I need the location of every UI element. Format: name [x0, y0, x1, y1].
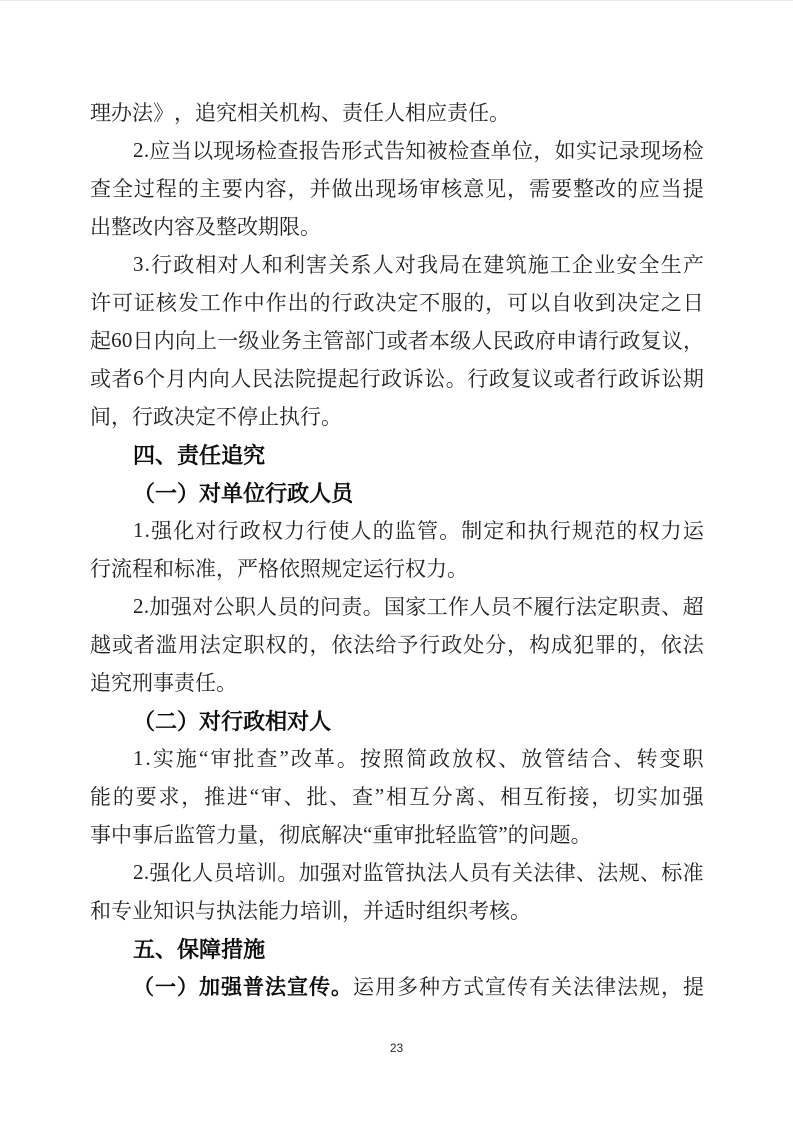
text-character: 作: [222, 287, 243, 317]
text-character: 单: [221, 477, 243, 508]
text-character: 个: [144, 363, 165, 393]
text-character: 程: [132, 553, 153, 583]
text-character: 予: [397, 629, 418, 659]
text-character: 律: [595, 971, 616, 1001]
text-character: 责: [174, 667, 195, 697]
text-character: 提: [683, 173, 704, 203]
text-character: 检: [256, 135, 277, 165]
text-character: 者: [134, 629, 155, 659]
text-character: 民: [492, 325, 513, 355]
text-character: 核: [489, 895, 510, 925]
text-character: 五: [133, 933, 155, 964]
text-character: ，: [683, 325, 704, 355]
body-text-line: 起60日内向上一级业务主管部门或者本级人民政府申请行政复议，: [90, 321, 704, 359]
text-character: 定: [483, 515, 504, 545]
text-character: 系: [350, 249, 371, 279]
text-character: 对: [199, 705, 221, 736]
text-character: 相: [405, 97, 426, 127]
text-character: 意: [463, 173, 484, 203]
text-character: 和: [90, 895, 111, 925]
body-text-line: 理办法》，追究相关机构、责任人相应责任。: [90, 93, 704, 131]
text-character: 业: [132, 895, 153, 925]
text-character: 员: [331, 477, 353, 508]
text-character: ”: [375, 784, 384, 809]
text-character: 人: [448, 857, 469, 887]
text-character: ，: [661, 971, 682, 1001]
text-character: 停: [237, 401, 258, 431]
text-character: （: [133, 477, 155, 508]
text-character: 式: [363, 135, 384, 165]
text-character: 化: [173, 515, 194, 545]
text-character: 行: [132, 401, 153, 431]
text-character: 如: [555, 135, 576, 165]
text-character: 追: [195, 97, 216, 127]
text-character: 容: [266, 173, 287, 203]
text-character: 者: [112, 363, 133, 393]
text-character: 使: [328, 515, 349, 545]
text-character: 诉: [403, 363, 424, 393]
text-character: 服: [441, 287, 462, 317]
text-character: 政: [618, 363, 639, 393]
text-character: 向: [175, 325, 196, 355]
text-character: 实: [153, 743, 174, 773]
text-character: 准: [683, 857, 704, 887]
text-character: 程: [156, 173, 177, 203]
text-character: 日: [683, 287, 704, 317]
text-character: 化: [171, 857, 192, 887]
text-character: 害: [306, 249, 327, 279]
text-character: 人: [192, 857, 213, 887]
text-character: 决: [375, 287, 396, 317]
text-character: 业: [260, 325, 281, 355]
text-character: ，: [111, 401, 132, 431]
text-character: 轻: [435, 819, 456, 849]
text-character: 离: [454, 781, 475, 811]
text-character: 。: [337, 743, 358, 773]
text-character: ”: [498, 822, 507, 847]
text-character: 权: [405, 553, 426, 583]
text-character: 报: [299, 135, 320, 165]
text-character: 人: [373, 249, 394, 279]
text-character: 办: [111, 97, 132, 127]
text-character: 式: [463, 971, 484, 1001]
text-character: 人: [256, 591, 277, 621]
text-character: 请: [577, 325, 598, 355]
text-character: ，: [591, 781, 612, 811]
text-character: 级: [238, 325, 259, 355]
text-character: 管: [477, 819, 498, 849]
text-character: 相: [195, 249, 216, 279]
text-character: 监: [456, 819, 477, 849]
text-character: 不: [216, 401, 237, 431]
text-character: 记: [597, 135, 618, 165]
text-character: 的: [310, 287, 331, 317]
text-character: 事: [90, 819, 111, 849]
text-character: ，: [485, 287, 506, 317]
text-character: 运: [353, 971, 374, 1001]
text-character: 可: [507, 287, 528, 317]
text-character: 0: [122, 328, 133, 353]
text-character: 究: [216, 97, 237, 127]
text-character: 流: [111, 553, 132, 583]
text-character: 限: [279, 211, 300, 241]
text-character: 。: [446, 363, 467, 393]
text-character: 法: [353, 629, 374, 659]
text-character: 种: [419, 971, 440, 1001]
heading-line: （二）对行政相对人: [90, 701, 704, 739]
text-character: 建: [483, 249, 504, 279]
text-character: 和: [153, 553, 174, 583]
text-character: 二: [155, 705, 177, 736]
text-character: 过: [134, 173, 155, 203]
text-character: ）: [177, 477, 199, 508]
text-character: 法: [132, 97, 153, 127]
body-text-line: 查全过程的主要内容，并做出现场审核意见，需要整改的应当提: [90, 169, 704, 207]
text-character: 加: [149, 591, 170, 621]
text-character: 加: [299, 857, 320, 887]
text-character: 审: [261, 781, 282, 811]
text-character: 政: [441, 629, 462, 659]
text-character: 实: [637, 781, 658, 811]
text-character: 事: [132, 819, 153, 849]
text-character: 行: [306, 515, 327, 545]
text-character: 合: [590, 743, 611, 773]
text-character: 。: [331, 971, 352, 1001]
text-character: 用: [375, 971, 396, 1001]
text-character: 对: [395, 249, 416, 279]
text-character: 对: [218, 249, 239, 279]
text-character: 讼: [661, 363, 682, 393]
text-character: 改: [291, 743, 312, 773]
text-character: 议: [662, 325, 683, 355]
text-character: 行: [384, 553, 405, 583]
text-character: .: [146, 746, 151, 771]
text-character: 行: [221, 705, 243, 736]
text-character: 容: [174, 211, 195, 241]
text-character: 应: [639, 173, 660, 203]
text-character: 、: [321, 97, 342, 127]
text-character: 的: [373, 515, 394, 545]
text-character: 并: [310, 173, 331, 203]
text-character: ）: [177, 705, 199, 736]
text-character: 许: [90, 287, 111, 317]
text-character: 关: [258, 97, 279, 127]
text-character: 。: [510, 895, 531, 925]
text-character: 人: [350, 515, 371, 545]
body-text-line: 出整改内容及整改期限。: [90, 207, 704, 245]
text-character: 查: [277, 135, 298, 165]
text-character: 改: [132, 211, 153, 241]
text-character: 责: [177, 439, 199, 470]
text-character: 、: [477, 781, 498, 811]
text-character: 关: [328, 249, 349, 279]
text-character: 责: [447, 97, 468, 127]
text-character: 现: [640, 135, 661, 165]
text-character: 底: [300, 819, 321, 849]
text-character: 政: [153, 401, 174, 431]
body-text-line: 追究刑事责任。: [90, 663, 704, 701]
text-character: 、: [284, 781, 305, 811]
text-character: 与: [195, 895, 216, 925]
text-character: 量: [237, 819, 258, 849]
text-character: ，: [342, 895, 363, 925]
text-character: 位: [512, 135, 533, 165]
text-character: 对: [192, 591, 213, 621]
text-character: 切: [614, 781, 635, 811]
text-character: .: [144, 860, 149, 885]
text-character: 求: [158, 781, 179, 811]
text-character: 政: [240, 515, 261, 545]
text-character: 构: [300, 97, 321, 127]
text-character: 执: [216, 895, 237, 925]
text-character: 工: [550, 249, 571, 279]
text-character: .: [144, 138, 149, 163]
text-character: “: [250, 784, 259, 809]
text-character: 和: [506, 515, 527, 545]
text-character: 复: [641, 325, 662, 355]
text-character: 止: [258, 401, 279, 431]
text-character: 的: [288, 629, 309, 659]
text-character: 行: [597, 363, 618, 393]
text-character: 多: [397, 971, 418, 1001]
text-character: 现: [375, 173, 396, 203]
text-character: 要: [222, 173, 243, 203]
text-character: 监: [363, 857, 384, 887]
text-character: 能: [90, 781, 111, 811]
text-character: 相: [500, 781, 521, 811]
body-text-line: 许可证核发工作中作出的行政决定不服的，可以自收到决定之日: [90, 283, 704, 321]
text-character: 滥: [156, 629, 177, 659]
text-character: 查: [469, 135, 490, 165]
text-character: 措: [221, 933, 243, 964]
text-character: 人: [230, 363, 251, 393]
text-character: 。: [300, 211, 321, 241]
text-character: 或: [554, 363, 575, 393]
body-text-line: 能的要求，推进“审、批、查”相互分离、相互衔接，切实加强: [90, 777, 704, 815]
text-character: 。: [489, 97, 510, 127]
text-character: 障: [199, 933, 221, 964]
text-character: 法: [597, 857, 618, 887]
body-text-line: 和专业知识与执法能力培训，并适时组织考核。: [90, 891, 704, 929]
text-character: 训: [256, 857, 277, 887]
text-character: 公: [213, 591, 234, 621]
text-character: 管: [195, 819, 216, 849]
text-character: 的: [299, 591, 320, 621]
text-character: 执: [405, 857, 426, 887]
text-character: 出: [353, 173, 374, 203]
text-character: 对: [341, 857, 362, 887]
text-character: 。: [363, 591, 384, 621]
text-character: 当: [171, 135, 192, 165]
text-character: 中: [244, 287, 265, 317]
text-character: 任: [195, 667, 216, 697]
text-character: ，: [288, 173, 309, 203]
text-character: 发: [178, 287, 199, 317]
text-character: 决: [174, 401, 195, 431]
text-character: 适: [384, 895, 405, 925]
page-footer: 23: [0, 1039, 793, 1057]
text-character: 查: [90, 173, 111, 203]
text-character: 一: [217, 325, 238, 355]
text-character: 照: [300, 553, 321, 583]
text-character: 力: [426, 553, 447, 583]
text-character: 查: [256, 743, 277, 773]
body-text-line: 行流程和标准，严格依照规定运行权力。: [90, 549, 704, 587]
text-character: 的: [178, 173, 199, 203]
text-character: 者: [408, 325, 429, 355]
text-character: 、: [498, 743, 519, 773]
text-character: 决: [342, 819, 363, 849]
text-character: 方: [441, 971, 462, 1001]
text-character: 人: [309, 705, 331, 736]
text-character: 管: [417, 515, 438, 545]
text-character: 人: [240, 249, 261, 279]
text-character: 场: [397, 173, 418, 203]
text-character: 行: [555, 591, 576, 621]
text-character: 任: [363, 97, 384, 127]
text-character: 越: [90, 629, 111, 659]
text-character: 能: [258, 895, 279, 925]
text-character: 宣: [287, 971, 308, 1001]
text-character: 民: [252, 363, 273, 393]
text-character: 院: [295, 363, 316, 393]
text-character: 诉: [640, 363, 661, 393]
text-character: 被: [427, 135, 448, 165]
text-character: 刑: [132, 667, 153, 697]
text-character: 议: [532, 363, 553, 393]
text-character: ，: [639, 629, 660, 659]
text-character: 职: [683, 743, 704, 773]
text-character: 告: [320, 135, 341, 165]
text-character: 行: [331, 287, 352, 317]
text-character: 的: [616, 515, 637, 545]
text-character: 内: [244, 173, 265, 203]
text-character: 时: [405, 895, 426, 925]
text-character: 、: [640, 857, 661, 887]
text-character: 并: [363, 895, 384, 925]
text-character: 用: [178, 629, 199, 659]
text-character: 对: [195, 515, 216, 545]
text-character: 机: [279, 97, 300, 127]
text-character: 业: [594, 249, 615, 279]
text-character: 以: [529, 287, 550, 317]
text-character: 改: [595, 173, 616, 203]
text-character: 管: [544, 743, 565, 773]
body-text-line: 1.强化对行政权力行使人的监管。制定和执行规范的权力运: [90, 511, 704, 549]
text-character: 执: [528, 515, 549, 545]
text-character: 律: [555, 857, 576, 887]
text-character: 力: [279, 895, 300, 925]
text-character: 行: [360, 363, 381, 393]
text-character: 革: [314, 743, 335, 773]
text-character: 责: [640, 591, 661, 621]
text-character: 法: [237, 895, 258, 925]
text-character: 生: [661, 249, 682, 279]
text-character: 法: [200, 629, 221, 659]
text-character: 行: [265, 477, 287, 508]
text-character: 局: [439, 249, 460, 279]
text-character: 政: [381, 363, 402, 393]
text-character: 监: [395, 515, 416, 545]
text-character: 权: [266, 629, 287, 659]
text-character: 范: [594, 515, 615, 545]
text-character: 筑: [506, 249, 527, 279]
text-character: 理: [90, 97, 111, 127]
text-character: 。: [439, 515, 460, 545]
text-character: 组: [426, 895, 447, 925]
text-character: 进: [227, 781, 248, 811]
text-character: 或: [90, 363, 111, 393]
text-character: 、: [576, 857, 597, 887]
text-character: 知: [153, 895, 174, 925]
text-character: 形: [341, 135, 362, 165]
text-character: 识: [174, 895, 195, 925]
text-character: 6: [111, 328, 122, 353]
text-character: 可: [112, 287, 133, 317]
text-character: 批: [306, 781, 327, 811]
text-character: 决: [617, 287, 638, 317]
text-character: 知: [405, 135, 426, 165]
text-character: 管: [384, 857, 405, 887]
text-character: 中: [111, 819, 132, 849]
text-character: 日: [133, 325, 154, 355]
text-character: 提: [317, 363, 338, 393]
text-character: 专: [111, 895, 132, 925]
text-character: 、: [661, 591, 682, 621]
text-character: 一: [155, 971, 176, 1001]
text-character: 以: [192, 135, 213, 165]
text-character: 相: [265, 705, 287, 736]
text-character: 究: [243, 439, 265, 470]
text-character: 制: [461, 515, 482, 545]
text-character: 审: [419, 173, 440, 203]
text-character: 间: [90, 401, 111, 431]
text-character: 定: [639, 287, 660, 317]
text-character: 职: [235, 591, 256, 621]
text-character: 相: [237, 97, 258, 127]
text-character: 工: [427, 591, 448, 621]
body-text-line: 3.行政相对人和利害关系人对我局在建筑施工企业安全生产: [90, 245, 704, 283]
text-character: 人: [471, 325, 492, 355]
text-character: 任: [199, 439, 221, 470]
text-character: 政: [173, 249, 194, 279]
text-character: ，: [533, 135, 554, 165]
text-character: 员: [277, 591, 298, 621]
text-character: 场: [661, 135, 682, 165]
text-character: 全: [639, 249, 660, 279]
text-character: 一: [155, 477, 177, 508]
text-character: 严: [237, 553, 258, 583]
text-character: 务: [281, 325, 302, 355]
text-character: 问: [529, 819, 550, 849]
text-character: 培: [300, 895, 321, 925]
text-character: 录: [619, 135, 640, 165]
text-character: 级: [450, 325, 471, 355]
text-character: 行: [151, 249, 172, 279]
text-character: 法: [427, 857, 448, 887]
text-character: 证: [134, 287, 155, 317]
text-character: 法: [533, 857, 554, 887]
document-body: 理办法》，追究相关机构、责任人相应责任。2.应当以现场检查报告形式告知被检查单位…: [90, 93, 704, 1005]
text-character: 检: [448, 135, 469, 165]
text-character: 安: [616, 249, 637, 279]
text-character: ，: [181, 781, 202, 811]
heading-line: （一）对单位行政人员: [90, 473, 704, 511]
text-character: 不: [419, 287, 440, 317]
text-character: 期: [258, 211, 279, 241]
text-character: 标: [174, 553, 195, 583]
text-character: 行: [300, 401, 321, 431]
